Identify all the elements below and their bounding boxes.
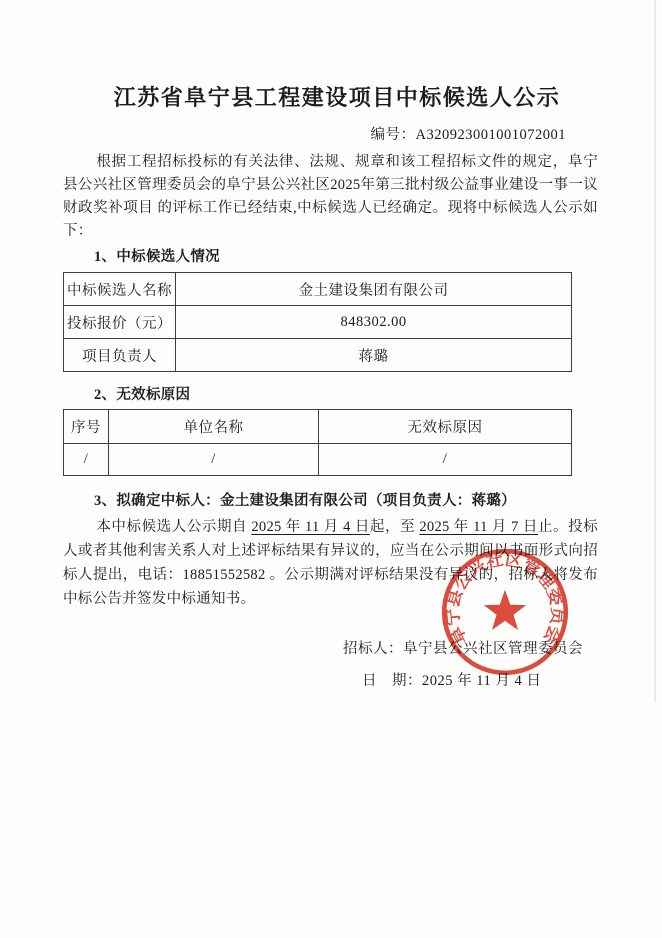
- section3-heading: 3、拟确定中标人：金土建设集团有限公司（项目负责人：蒋璐）: [63, 490, 598, 512]
- closing-text: 本中标候选人公示期自: [96, 519, 251, 535]
- date-line: 日 期：2025 年 11 月 4 日: [63, 669, 598, 693]
- col-header: 无效标原因: [319, 410, 572, 444]
- row-label: 投标报价（元）: [64, 306, 176, 339]
- date-value: 2025 年 11 月 4 日: [422, 673, 541, 689]
- intro-paragraph: 根据工程招标投标的有关法律、法规、规章和该工程招标文件的规定，阜宁县公兴社区管理…: [63, 151, 598, 243]
- publicity-start-date: 2025 年 11 月 4 日: [251, 519, 370, 535]
- table-row: 中标候选人名称 金土建设集团有限公司: [64, 273, 572, 306]
- cell: /: [109, 444, 319, 476]
- table-row: 投标报价（元） 848302.00: [64, 306, 572, 339]
- table-row: / / /: [64, 444, 572, 476]
- page-title: 江苏省阜宁县工程建设项目中标候选人公示: [0, 0, 662, 110]
- doc-number-line: 编号：A320923001001072001: [0, 126, 662, 144]
- closing-text: 起，至: [370, 519, 419, 535]
- row-label: 项目负责人: [64, 339, 176, 372]
- cell: /: [64, 444, 109, 476]
- section3-value: 金土建设集团有限公司（项目负责人：蒋璐）: [220, 493, 516, 509]
- section3-prefix: 3、拟确定中标人：: [94, 493, 220, 509]
- publicity-end-date: 2025 年 11 月 7 日: [419, 519, 538, 535]
- tenderer-label: 招标人：: [343, 641, 403, 657]
- scan-edge-artifact: [654, 0, 656, 702]
- row-value: 848302.00: [176, 306, 572, 339]
- tenderer-name: 阜宁县公兴社区管理委员会: [403, 641, 583, 657]
- table-header-row: 序号 单位名称 无效标原因: [64, 410, 572, 444]
- date-label: 日 期：: [362, 673, 422, 689]
- document-body: 根据工程招标投标的有关法律、法规、规章和该工程招标文件的规定，阜宁县公兴社区管理…: [63, 151, 598, 693]
- row-label: 中标候选人名称: [64, 273, 176, 306]
- document-page: 江苏省阜宁县工程建设项目中标候选人公示 编号：A3209230010010720…: [0, 0, 662, 938]
- doc-number-value: A320923001001072001: [416, 127, 566, 143]
- col-header: 单位名称: [109, 410, 319, 444]
- col-header: 序号: [64, 410, 109, 444]
- closing-paragraph: 本中标候选人公示期自 2025 年 11 月 4 日起，至 2025 年 11 …: [63, 515, 598, 611]
- section1-heading: 1、中标候选人情况: [63, 246, 598, 269]
- row-value: 金土建设集团有限公司: [176, 273, 572, 306]
- winning-candidate-table: 中标候选人名称 金土建设集团有限公司 投标报价（元） 848302.00 项目负…: [63, 272, 572, 372]
- section2-heading: 2、无效标原因: [63, 385, 598, 405]
- row-value: 蒋璐: [176, 339, 572, 372]
- doc-number-label: 编号：: [371, 127, 416, 143]
- cell: /: [319, 444, 572, 476]
- invalid-bid-table: 序号 单位名称 无效标原因 / / /: [63, 409, 572, 476]
- tenderer-line: 招标人：阜宁县公兴社区管理委员会: [63, 637, 598, 661]
- table-row: 项目负责人 蒋璐: [64, 339, 572, 372]
